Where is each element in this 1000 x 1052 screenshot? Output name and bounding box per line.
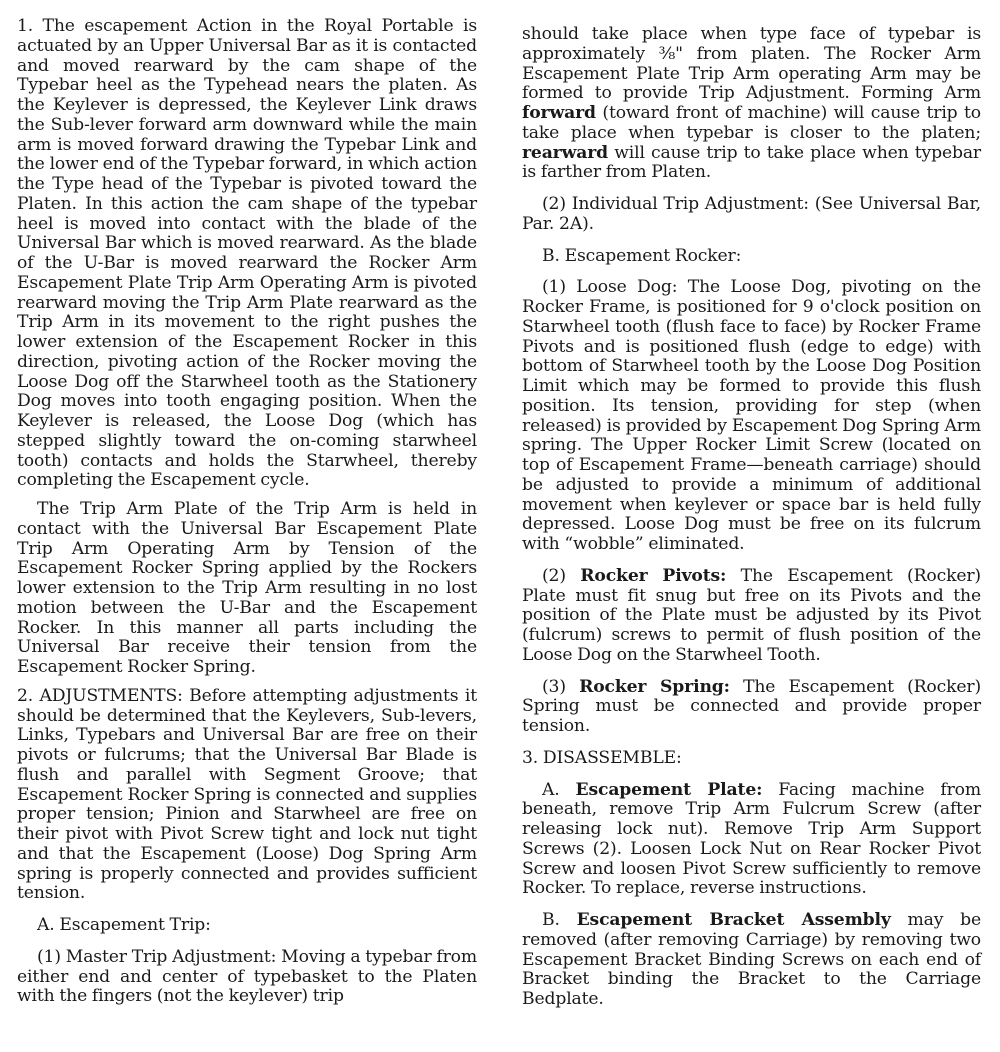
emphasis-forward: forward bbox=[522, 103, 596, 123]
term-rocker-spring: Rocker Spring: bbox=[579, 677, 730, 697]
paragraph-trip-arm-plate: The Trip Arm Plate of the Trip Arm is he… bbox=[17, 500, 477, 678]
text: A. bbox=[542, 780, 576, 800]
term-rocker-pivots: Rocker Pivots: bbox=[580, 566, 726, 586]
right-column: should take place when type face of type… bbox=[522, 25, 981, 1010]
heading-escapement-rocker: B. Escapement Rocker: bbox=[522, 247, 981, 267]
paragraph-rocker-spring: (3) Rocker Spring: The Escapement (Rocke… bbox=[522, 678, 981, 737]
paragraph-escapement-plate: A. Escapement Plate: Facing machine from… bbox=[522, 781, 981, 900]
paragraph-trip-continued: should take place when type face of type… bbox=[522, 25, 981, 183]
term-bracket-assembly: Escapement Bracket Assembly bbox=[577, 910, 891, 930]
paragraph-master-trip: (1) Master Trip Adjustment: Moving a typ… bbox=[17, 948, 477, 1007]
term-escapement-plate: Escapement Plate: bbox=[576, 780, 763, 800]
left-column: 1. The escapement Action in the Royal Po… bbox=[17, 17, 477, 1007]
emphasis-rearward: rearward bbox=[522, 143, 608, 163]
heading-escapement-trip: A. Escapement Trip: bbox=[17, 916, 477, 936]
text: (3) bbox=[542, 677, 579, 697]
text: (2) bbox=[542, 566, 580, 586]
paragraph-escapement-action: 1. The escapement Action in the Royal Po… bbox=[17, 17, 477, 491]
paragraph-adjustments: 2. ADJUSTMENTS: Before attempting adjust… bbox=[17, 687, 477, 904]
paragraph-individual-trip: (2) Individual Trip Adjustment: (See Uni… bbox=[522, 195, 981, 235]
text: B. bbox=[542, 910, 577, 930]
heading-disassemble: 3. DISASSEMBLE: bbox=[522, 749, 981, 769]
paragraph-rocker-pivots: (2) Rocker Pivots: The Escapement (Rocke… bbox=[522, 567, 981, 666]
text: should take place when type face of type… bbox=[522, 24, 981, 103]
paragraph-bracket-assembly: B. Escapement Bracket Assembly may be re… bbox=[522, 911, 981, 1010]
paragraph-loose-dog: (1) Loose Dog: The Loose Dog, pivoting o… bbox=[522, 278, 981, 555]
